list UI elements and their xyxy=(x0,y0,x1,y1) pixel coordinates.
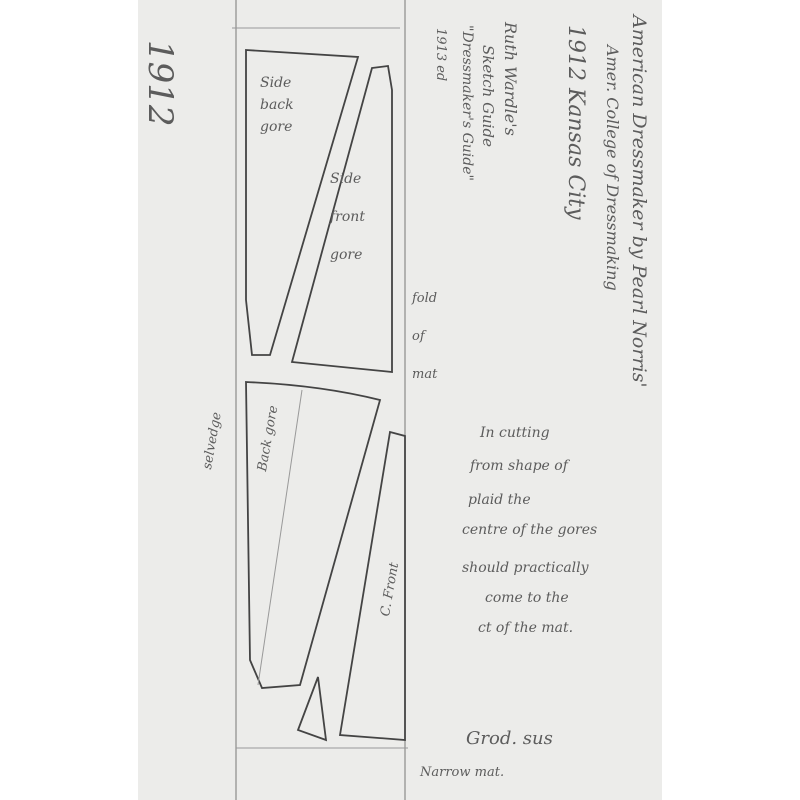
cutting-note-7: ct of the mat. xyxy=(478,620,573,636)
fold-annotation: fold of mat xyxy=(412,280,442,394)
gusset-outline xyxy=(298,677,326,740)
ref-line-7: 1913 ed xyxy=(433,28,448,81)
side-back-gore-label: Side back gore xyxy=(260,72,310,138)
ref-line-5: Sketch Guide xyxy=(479,45,497,147)
footer-note-2: Narrow mat. xyxy=(420,765,504,780)
year-label: 1912 xyxy=(140,40,180,127)
side-front-gore-label: Side front gore xyxy=(330,160,376,274)
ref-line-4: Ruth Wardle's xyxy=(501,22,520,136)
cutting-note-5: should practically xyxy=(462,560,589,576)
cutting-note-2: from shape of xyxy=(470,458,568,474)
cutting-note-6: come to the xyxy=(485,590,569,606)
ref-line-6: "Dressmaker's Guide" xyxy=(459,25,475,181)
ref-line-2: Amer. College of Dressmaking xyxy=(603,45,622,291)
pattern-sketch xyxy=(0,0,800,800)
cutting-note-1: In cutting xyxy=(480,425,550,441)
cutting-note-3: plaid the xyxy=(468,492,531,508)
cutting-note-4: centre of the gores xyxy=(462,522,597,538)
ref-line-3: 1912 Kansas City xyxy=(563,25,588,220)
footer-note-1: Grod. sus xyxy=(466,728,553,749)
ref-line-1: American Dressmaker by Pearl Norris' xyxy=(628,15,650,388)
